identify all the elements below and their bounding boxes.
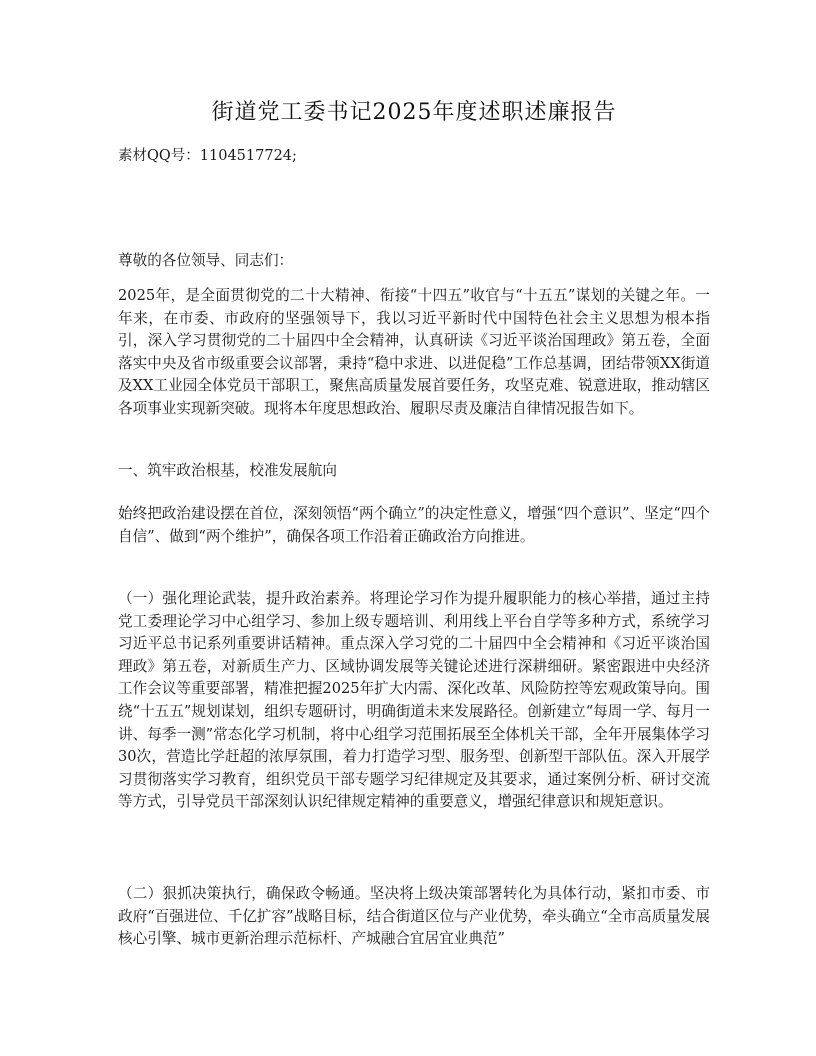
source-qq-line: 素材QQ号：1104517724;: [118, 146, 297, 166]
section-1-item-1-paragraph: （一）强化理论武装，提升政治素养。将理论学习作为提升履职能力的核心举措，通过主持…: [118, 588, 710, 814]
document-title: 街道党工委书记2025年度述职述廉报告: [118, 98, 710, 128]
salutation: 尊敬的各位领导、同志们：: [118, 250, 710, 273]
section-1-item-2-paragraph: （二）狠抓决策执行，确保政令畅通。坚决将上级决策部署转化为具体行动，紧扣市委、市…: [118, 883, 710, 951]
intro-paragraph: 2025年，是全面贯彻党的二十大精神、衔接“十四五”收官与“十五五”谋划的关键之…: [118, 285, 710, 421]
section-1-heading: 一、筑牢政治根基，校准发展航向: [118, 460, 710, 483]
section-1-intro-paragraph: 始终把政治建设摆在首位，深刻领悟“两个确立”的决定性意义，增强“四个意识”、坚定…: [118, 503, 710, 548]
